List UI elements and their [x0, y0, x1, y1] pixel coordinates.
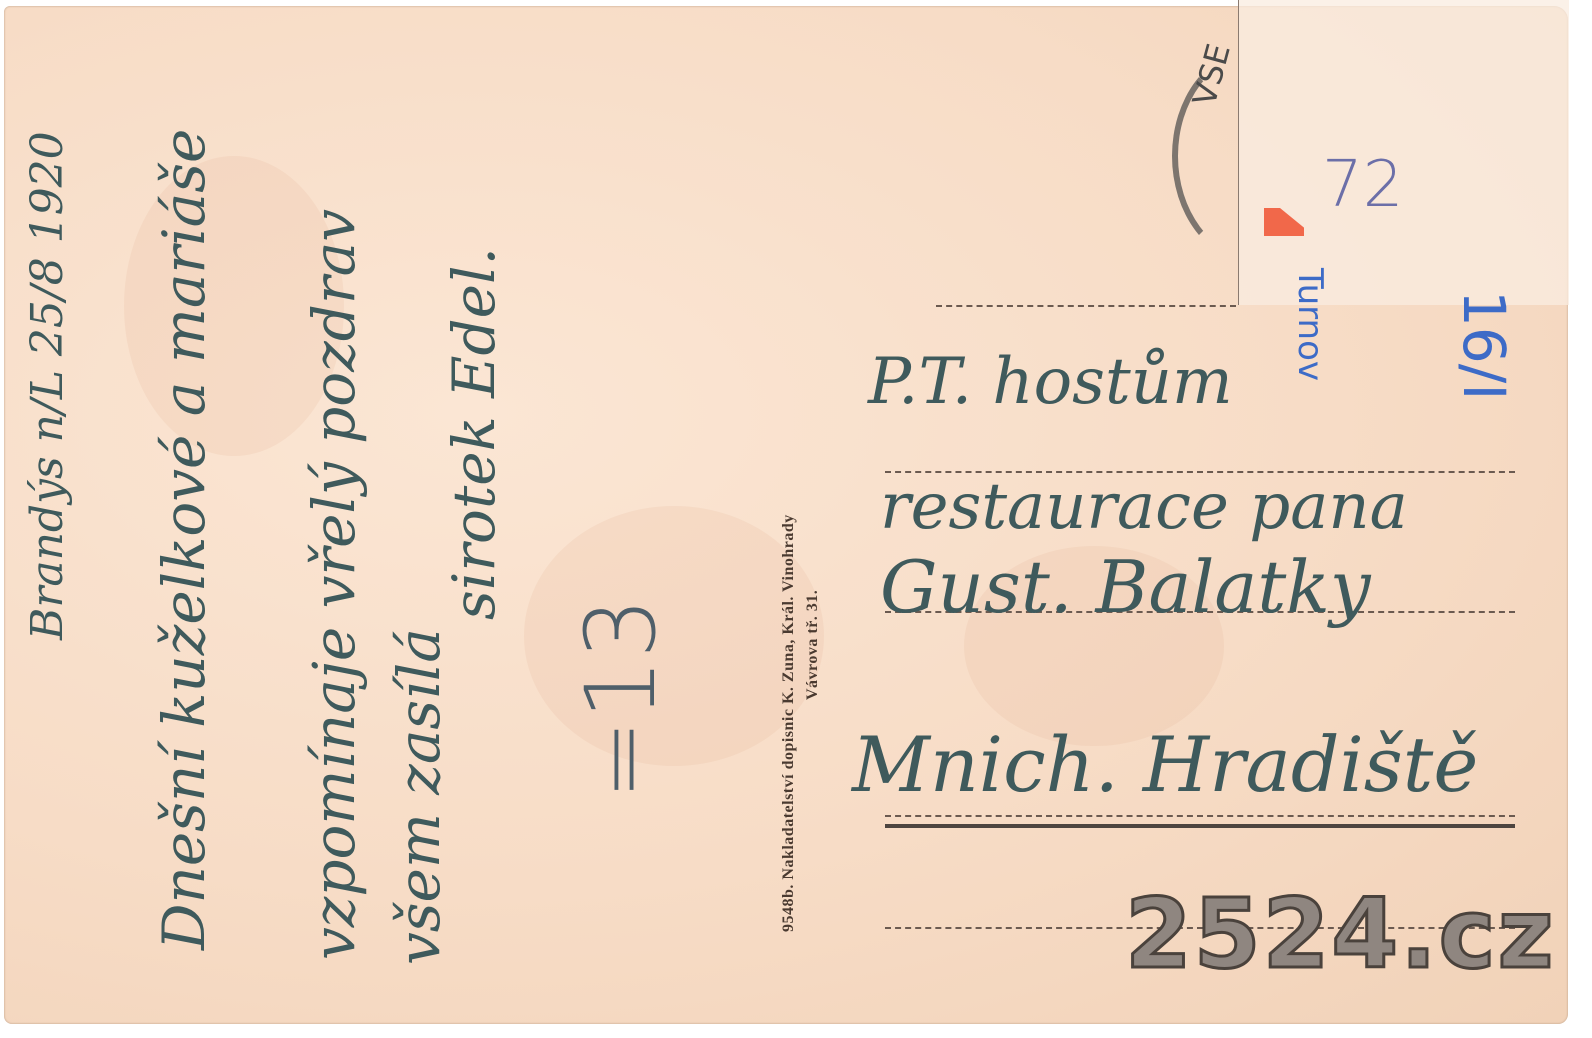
- address-line-2: restaurace pana: [880, 470, 1408, 544]
- blue-annotation-town: Turnov: [1290, 268, 1330, 381]
- message-place-date: Brandýs n/L 25/8 1920: [22, 131, 73, 640]
- message-line-3: všem zasílá: [385, 628, 453, 965]
- publisher-imprint-line1: 9548b. Nakladatelství dopisnic K. Zuna, …: [780, 514, 798, 932]
- address-line-3: Gust. Balatky: [880, 545, 1371, 629]
- address-line-rule: [936, 305, 1236, 307]
- address-line-rule: [885, 815, 1515, 817]
- tally-mark: =13: [565, 597, 677, 800]
- publisher-imprint-line2: Vávrova tř. 31.: [804, 590, 822, 700]
- pencil-number: 72: [1322, 148, 1403, 222]
- watermark: 2524.cz: [1125, 878, 1555, 990]
- blue-annotation-fraction: 16/I: [1450, 290, 1518, 400]
- message-signature: sirotek Edel.: [440, 247, 508, 620]
- message-line-2: vzpomínaje vřelý pozdrav: [300, 209, 368, 960]
- message-line-1: Dnešní kuželkové a mariáše: [150, 129, 218, 950]
- address-line-1: P.T. hostům: [868, 345, 1233, 419]
- address-underline: [885, 824, 1515, 828]
- address-line-4: Mnich. Hradiště: [852, 720, 1478, 809]
